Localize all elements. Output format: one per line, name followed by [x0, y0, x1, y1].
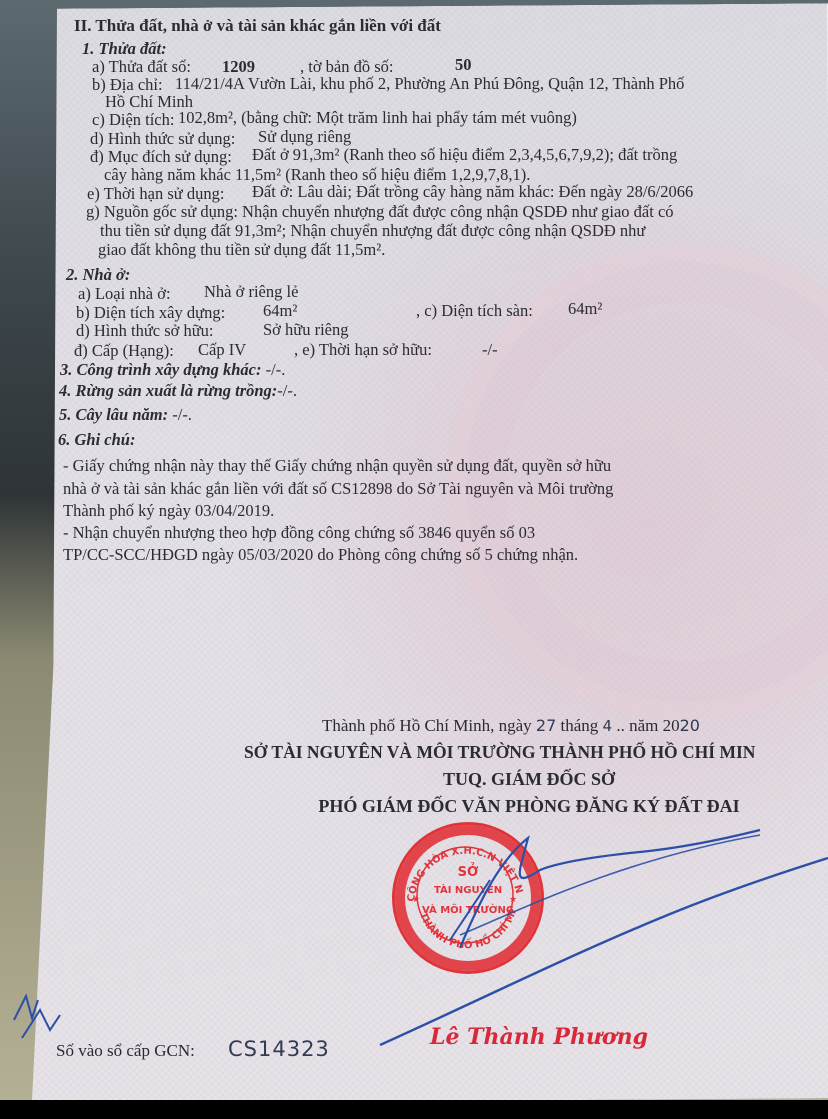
forest-heading: 4. Rừng sản xuất là rừng trồng: [59, 381, 277, 400]
usage-form-value: Sử dụng riêng [258, 128, 351, 146]
origin-line-2: thu tiền sử dụng đất 91,3m²; Nhận chuyển… [100, 222, 645, 240]
build-area-label: b) Diện tích xây dựng: [76, 304, 225, 322]
note-line-1: - Giấy chứng nhận này thay thế Giấy chứn… [63, 457, 611, 475]
other-construction: 3. Công trình xây dựng khác: -/-. [60, 361, 285, 379]
section-title: II. Thửa đất, nhà ở và tài sản khác gắn … [74, 17, 441, 35]
perennial: 5. Cây lâu năm: -/-. [59, 406, 192, 424]
year-handwritten: 20 [680, 716, 700, 735]
perennial-heading: 5. Cây lâu năm: [59, 405, 168, 424]
term-value: Đất ở: Lâu dài; Đất trồng cây hàng năm k… [252, 183, 693, 201]
perennial-value: -/-. [172, 405, 192, 424]
purpose-line-1: Đất ở 91,3m² (Ranh theo số hiệu điểm 2,3… [252, 146, 677, 164]
stamp-center-line-3: VÀ MÔI TRƯỜNG [395, 905, 541, 916]
forest-value: -/-. [277, 381, 297, 400]
build-area-value: 64m² [263, 302, 297, 320]
ownership-value: Sở hữu riêng [263, 321, 349, 339]
ownership-label: d) Hình thức sở hữu: [76, 322, 214, 340]
house-type-value: Nhà ở riêng lẻ [204, 283, 298, 301]
registry-label: Số vào sổ cấp GCN: [56, 1042, 195, 1060]
stamp-center-line-2: TÀI NGUYÊN [395, 885, 541, 896]
own-term-value: -/- [482, 341, 498, 359]
note-line-5: TP/CC-SCC/HĐGD ngày 05/03/2020 do Phòng … [63, 546, 578, 564]
department-name: SỞ TÀI NGUYÊN VÀ MÔI TRƯỜNG THÀNH PHỐ HỒ… [244, 742, 755, 763]
month-handwritten: 4 [603, 717, 613, 735]
other-construction-heading: 3. Công trình xây dựng khác: [60, 360, 262, 379]
map-number: 50 [455, 56, 472, 74]
notes-heading: 6. Ghi chú: [58, 431, 135, 449]
floor-area-label: , c) Diện tích sàn: [416, 302, 533, 320]
screen-bottom-bar [0, 1100, 828, 1119]
delegation-title: TUQ. GIÁM ĐỐC SỞ [230, 769, 828, 790]
official-red-stamp: CỘNG HÒA X.H.C.N VIỆT NAM THÀNH PHỐ HỒ C… [392, 822, 544, 974]
area-value: 102,8m², (bằng chữ: Một trăm linh hai ph… [178, 109, 577, 127]
grade-value: Cấp IV [198, 341, 246, 359]
house-type-label: a) Loại nhà ở: [78, 285, 171, 303]
note-line-2: nhà ở và tài sản khác gắn liền với đất s… [63, 480, 613, 498]
land-heading: 1. Thửa đất: [82, 40, 167, 58]
other-construction-value: -/-. [266, 360, 286, 379]
note-line-3: Thành phố ký ngày 03/04/2019. [63, 502, 274, 520]
purpose-label: đ) Mục đích sử dụng: [90, 148, 232, 166]
address-line-1: 114/21/4A Vườn Lài, khu phố 2, Phường An… [175, 75, 684, 93]
signer-name: Lê Thành Phương [430, 1024, 648, 1050]
forest: 4. Rừng sản xuất là rừng trồng:-/-. [59, 382, 297, 400]
area-label: c) Diện tích: [92, 111, 174, 129]
grade-label: đ) Cấp (Hạng): [74, 342, 174, 360]
registry-number-handwritten: CS14323 [228, 1040, 330, 1058]
stamp-center-line-1: SỞ [395, 865, 541, 880]
usage-form-label: d) Hình thức sử dụng: [90, 130, 235, 148]
year-label: năm 20 [629, 716, 680, 735]
place-date: Thành phố Hồ Chí Minh, ngày 27 tháng 4 .… [322, 717, 700, 735]
own-term-label: , e) Thời hạn sở hữu: [294, 341, 432, 359]
month-label: tháng [561, 716, 599, 735]
position-title: PHÓ GIÁM ĐỐC VĂN PHÒNG ĐĂNG KÝ ĐẤT ĐAI [230, 796, 828, 817]
day-handwritten: 27 [536, 716, 556, 735]
origin-line-1: g) Nguồn gốc sử dụng: Nhận chuyển nhượng… [86, 203, 674, 221]
house-heading: 2. Nhà ở: [66, 266, 130, 284]
term-label: e) Thời hạn sử dụng: [87, 185, 224, 203]
place-date-prefix: Thành phố Hồ Chí Minh, ngày [322, 716, 532, 735]
origin-line-3: giao đất không thu tiền sử dụng đất 11,5… [98, 241, 385, 259]
floor-area-value: 64m² [568, 300, 602, 318]
note-line-4: - Nhận chuyển nhượng theo hợp đồng công … [63, 524, 535, 542]
